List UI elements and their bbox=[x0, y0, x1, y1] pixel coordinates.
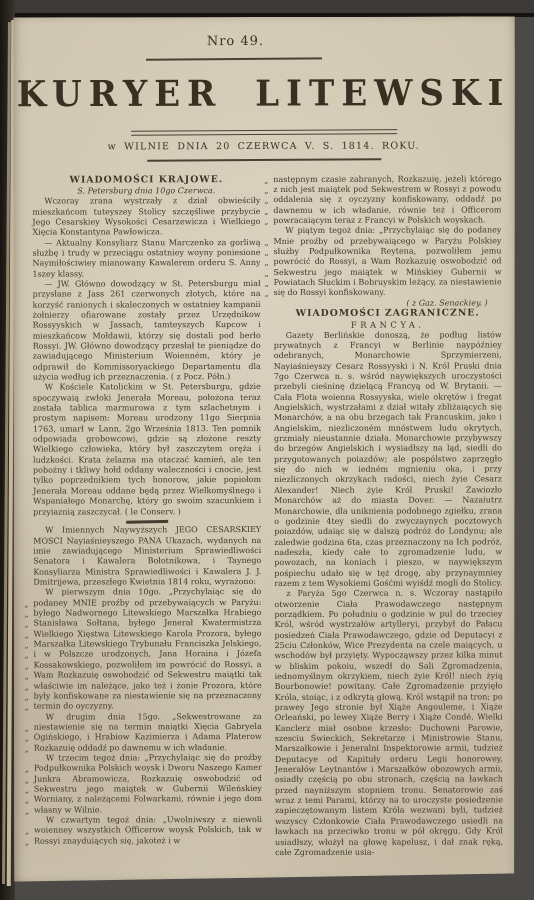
document-viewer: Nro 49. KURYER LITEWSKI w WILNIE DNIA 20… bbox=[0, 0, 534, 900]
paragraph: W trzecim tegoż dnia: „Przychylaiąc się … bbox=[34, 753, 262, 816]
paragraph: W piątym tegoż dnia: „Przychylaiąc się d… bbox=[273, 226, 501, 299]
paragraph: — JW. Główno dowodzący w St. Petersburgu… bbox=[33, 279, 261, 383]
paragraph: — Aktualny Konsyliarz Stanu Marczenko za… bbox=[32, 238, 260, 280]
paragraph: z Paryża 5go Czerwca n. s. Wczoray nastą… bbox=[274, 589, 503, 859]
article-columns: WIADOMOŚCI KRAJOWE.S. Petersburg dnia 10… bbox=[12, 160, 517, 859]
paragraph: następnym czasie zabranych, Rozkazuię, j… bbox=[273, 174, 501, 226]
paragraph: Gazety Berlińskie donoszą, że podług lis… bbox=[274, 330, 503, 589]
newspaper-page: Nro 49. KURYER LITEWSKI w WILNIE DNIA 20… bbox=[12, 16, 517, 881]
paragraph-divider bbox=[126, 520, 168, 523]
article-dateline: S. Petersburg dnia 10go Czerwca. bbox=[32, 186, 260, 197]
section-heading: WIADOMOŚCI KRAJOWE. bbox=[32, 175, 260, 186]
paragraph: W Kościele Katolickim w St. Petersburgu,… bbox=[33, 382, 261, 517]
masthead: Nro 49. KURYER LITEWSKI w WILNIE DNIA 20… bbox=[12, 16, 515, 161]
paragraph: W pierwszym dnia 10go. „Przychylaiąc się… bbox=[33, 587, 261, 712]
paragraph: Wczoray zrana wystrzały z dział obwieści… bbox=[32, 196, 260, 238]
paragraph: W Imiennych Naywyższych JEGO CESARSKIEY … bbox=[33, 525, 261, 588]
paragraph: W czwartym tegoż dnia: „Uwolniwszy z nie… bbox=[34, 815, 262, 847]
newspaper-title: KURYER LITEWSKI bbox=[12, 72, 515, 115]
issue-number: Nro 49. bbox=[12, 33, 459, 49]
masthead-rule bbox=[146, 57, 322, 60]
publication-dateline: w WILNIE DNIA 20 CZERWCA V. S. 1814. ROK… bbox=[12, 140, 515, 152]
column-left: WIADOMOŚCI KRAJOWE.S. Petersburg dnia 10… bbox=[32, 175, 262, 859]
book-cover-edge bbox=[0, 13, 534, 17]
viewer-top-band bbox=[0, 0, 534, 14]
section-subheading: FRANCYA. bbox=[274, 320, 502, 331]
masthead-double-rule bbox=[131, 129, 397, 136]
section-heading: WIADOMOŚCI ZAGRANICZNE. bbox=[274, 308, 502, 319]
column-right: następnym czasie zabranych, Rozkazuię, j… bbox=[273, 174, 503, 858]
paragraph: W drugim dnia 15go. „Sekwestrowane za ni… bbox=[34, 712, 262, 754]
